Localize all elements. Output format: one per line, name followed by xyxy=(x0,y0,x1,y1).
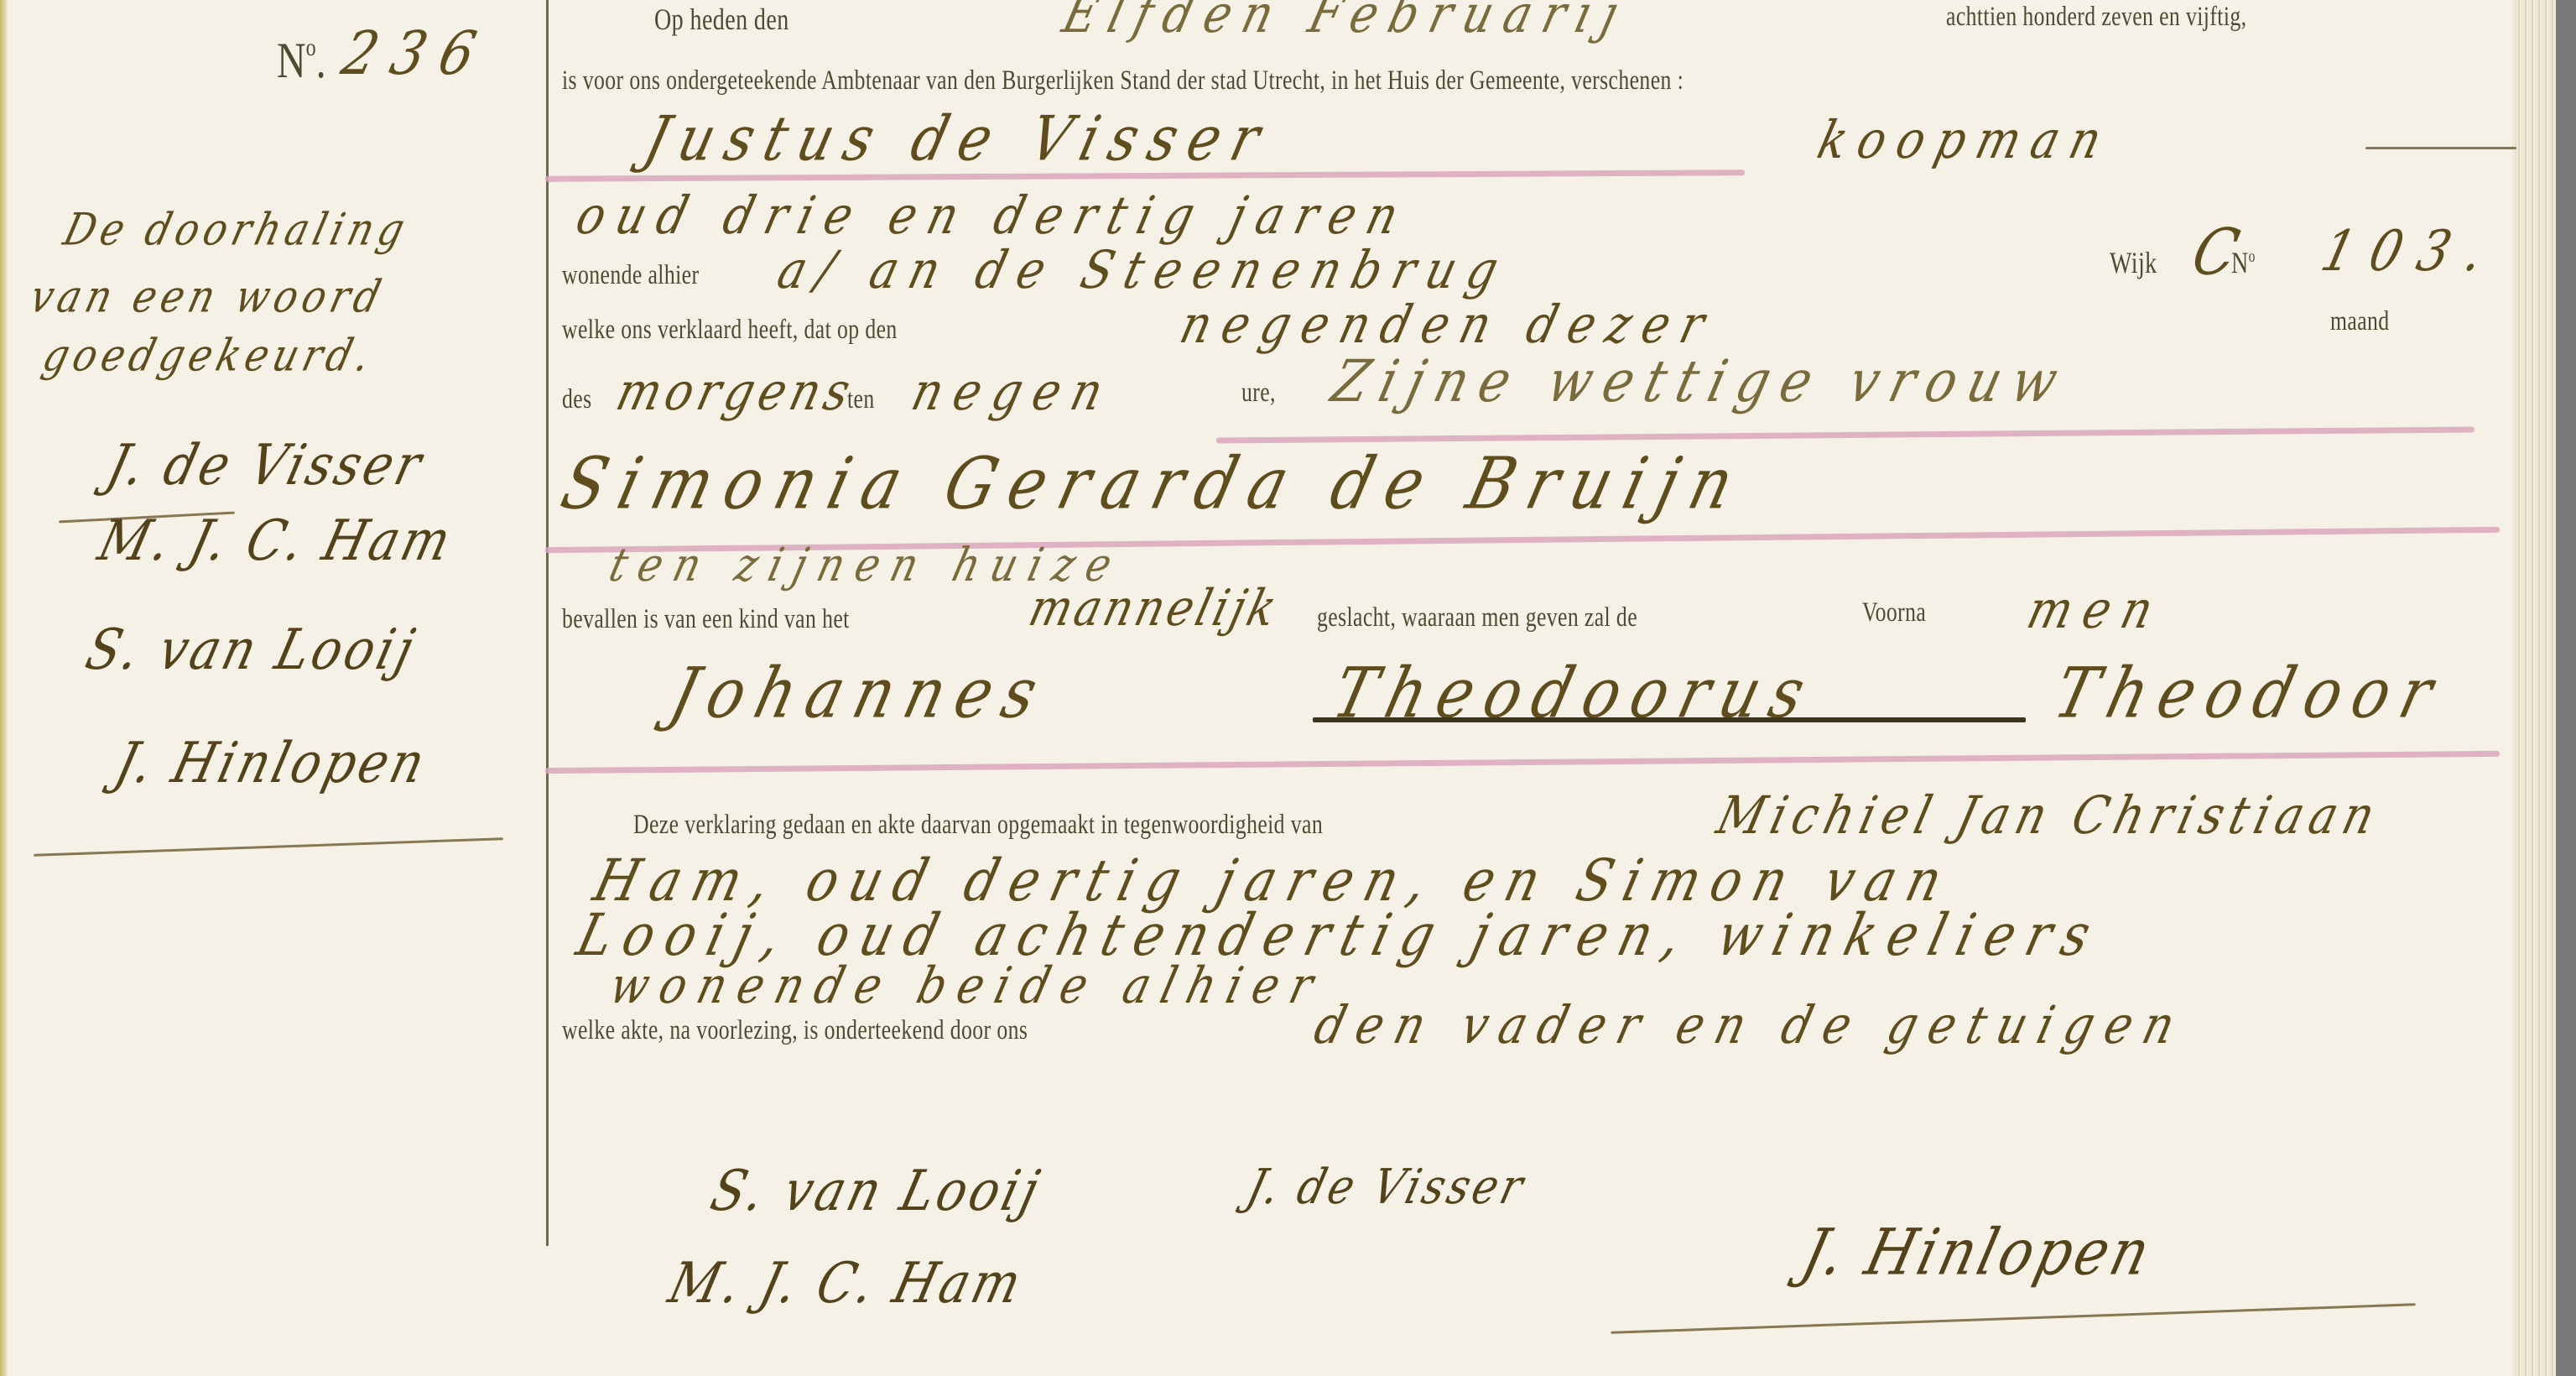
occupation-dash xyxy=(2365,147,2516,149)
strikethrough-line xyxy=(1313,717,2026,722)
margin-signature-ham: M. J. C. Ham xyxy=(92,508,461,573)
handwritten-sex: mannelijk xyxy=(1023,580,1285,638)
act-number: No. xyxy=(277,32,326,90)
house-number: 103. xyxy=(2315,218,2507,284)
printed-wijk: Wijk xyxy=(2110,245,2157,280)
declarant-age: oud drie en dertig jaren xyxy=(570,185,1416,246)
printed-geslacht: geslacht, waaraan men geven zal de xyxy=(1317,602,1637,633)
declarant-occupation: koopman xyxy=(1812,110,2120,170)
margin-signature-hinlopen: J. Hinlopen xyxy=(109,730,435,795)
margin-signature-de-visser: J. de Visser xyxy=(101,432,431,498)
printed-ure: ure, xyxy=(1241,378,1276,409)
act-number-suffix: o xyxy=(306,34,316,61)
printed-bevallen: bevallen is van een kind van het xyxy=(562,604,850,635)
printed-number-label: No xyxy=(2231,245,2256,280)
margin-note-line-2: van een woord xyxy=(25,270,391,322)
handwritten-day: negenden dezer xyxy=(1174,294,1722,355)
handwritten-morgens: morgens xyxy=(611,362,861,422)
page-stack-edge xyxy=(2515,0,2556,1376)
handwritten-closing: den vader en de getuigen xyxy=(1309,995,2193,1055)
child-corrected-name: Theodoor xyxy=(2047,652,2453,733)
printed-welke-akte: welke akte, na voorlezing, is onderteeke… xyxy=(562,1015,1028,1046)
child-first-name: Johannes xyxy=(663,652,1057,733)
witness-line-4: wonende beide alhier xyxy=(604,957,1330,1015)
act-number-value: 236 xyxy=(336,18,497,88)
residence-address: a/ an de Steenenbrug xyxy=(772,240,1516,300)
signature-de-visser: J. de Visser xyxy=(1241,1159,1532,1215)
margin-divider-rule xyxy=(546,0,549,1246)
handwritten-date: Elfden Februarij xyxy=(1057,0,1637,44)
printed-ambtenaar-line: is voor ons ondergeteekende Ambtenaar va… xyxy=(562,65,1684,96)
printed-maand: maand xyxy=(2330,306,2390,337)
printed-op-heden-den: Op heden den xyxy=(654,2,789,37)
printed-verklaring-gedaan: Deze verklaring gedaan en akte daarvan o… xyxy=(633,810,1323,841)
act-number-label: N xyxy=(277,33,306,88)
witness-line-1: Michiel Jan Christiaan xyxy=(1711,785,2387,846)
printed-verklaard-heeft: welke ons verklaard heeft, dat op den xyxy=(562,315,898,346)
declarant-name: Justus de Visser xyxy=(637,104,1278,175)
printed-year: achttien honderd zeven en vijftig, xyxy=(1946,2,2246,33)
handwritten-men: men xyxy=(2022,580,2171,640)
signature-ham: M. J. C. Ham xyxy=(663,1250,1031,1316)
signature-van-looij: S. van Looij xyxy=(705,1158,1049,1223)
printed-ten: ten xyxy=(847,384,875,415)
printed-voorna: Voorna xyxy=(1862,597,1926,628)
handwritten-wife: Zijne wettige vrouw xyxy=(1325,348,2076,416)
margin-signature-van-looij: S. van Looij xyxy=(80,617,424,682)
mother-name: Simonia Gerarda de Bruijn xyxy=(554,442,1755,525)
page-right-margin xyxy=(2512,0,2514,1376)
handwritten-hour: negen xyxy=(906,362,1121,422)
signature-hinlopen: J. Hinlopen xyxy=(1795,1215,2160,1290)
page-left-edge xyxy=(0,0,8,1376)
margin-note-line-1: De doorhaling xyxy=(59,203,415,255)
margin-note-line-3: goedgekeurd. xyxy=(38,329,381,381)
printed-wonende-alhier: wonende alhier xyxy=(562,260,699,291)
printed-des: des xyxy=(562,384,591,415)
